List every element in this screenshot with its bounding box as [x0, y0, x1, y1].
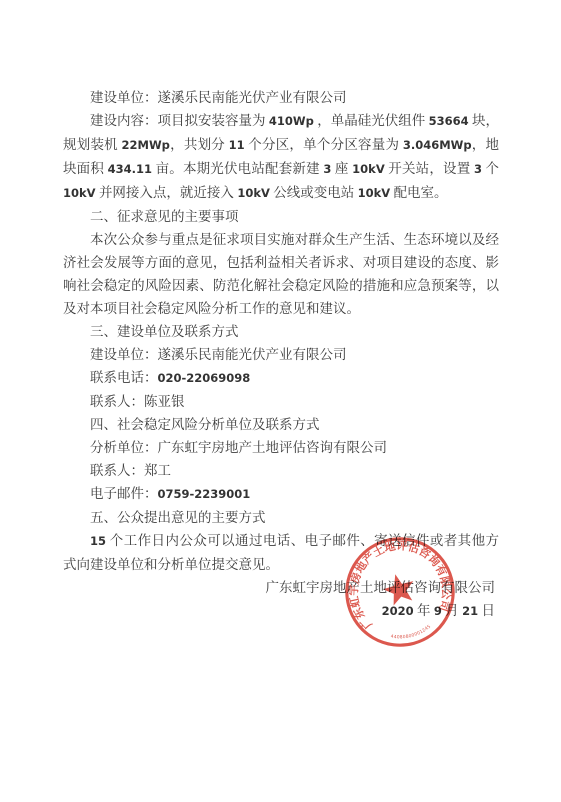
seal-serial-number: 44080800001245	[389, 623, 434, 645]
line-analysis-contact-person: 联系人：郑工	[63, 459, 499, 482]
line-contact-phone: 联系电话：020-22069098	[63, 366, 499, 390]
heading-section-5: 五、公众提出意见的主要方式	[63, 506, 499, 529]
line-analysis-unit: 分析单位：广东虹宇房地产土地评估咨询有限公司	[63, 436, 499, 459]
heading-section-2: 二、征求意见的主要事项	[63, 205, 499, 228]
heading-section-4: 四、社会稳定风险分析单位及联系方式	[63, 413, 499, 436]
para-opinion-scope: 本次公众参与重点是征求项目实施对群众生产生活、生态环境以及经济社会发展等方面的意…	[63, 228, 499, 320]
signature-block: 广东虹宇房地产土地评估咨询有限公司 2020 年 9 月 21 日	[63, 576, 499, 623]
document-body: 建设单位：遂溪乐民南能光伏产业有限公司 建设内容：项目拟安装容量为 410Wp …	[63, 86, 499, 623]
line-analysis-email: 电子邮件：0759-2239001	[63, 482, 499, 506]
document-page: 建设单位：遂溪乐民南能光伏产业有限公司 建设内容：项目拟安装容量为 410Wp …	[0, 0, 561, 802]
signature-company: 广东虹宇房地产土地评估咨询有限公司	[63, 576, 499, 599]
heading-section-3: 三、建设单位及联系方式	[63, 320, 499, 343]
line-contact-person: 联系人：陈亚银	[63, 390, 499, 413]
para-construction-content: 建设内容：项目拟安装容量为 410Wp ，单晶硅光伏组件 53664 块，规划装…	[63, 109, 499, 205]
signature-date: 2020 年 9 月 21 日	[63, 599, 499, 623]
para-feedback-method: 15 个工作日内公众可以通过电话、电子邮件、寄送信件或者其他方式向建设单位和分析…	[63, 529, 499, 576]
line-construction-unit-contact: 建设单位：遂溪乐民南能光伏产业有限公司	[63, 343, 499, 366]
line-construction-unit: 建设单位：遂溪乐民南能光伏产业有限公司	[63, 86, 499, 109]
